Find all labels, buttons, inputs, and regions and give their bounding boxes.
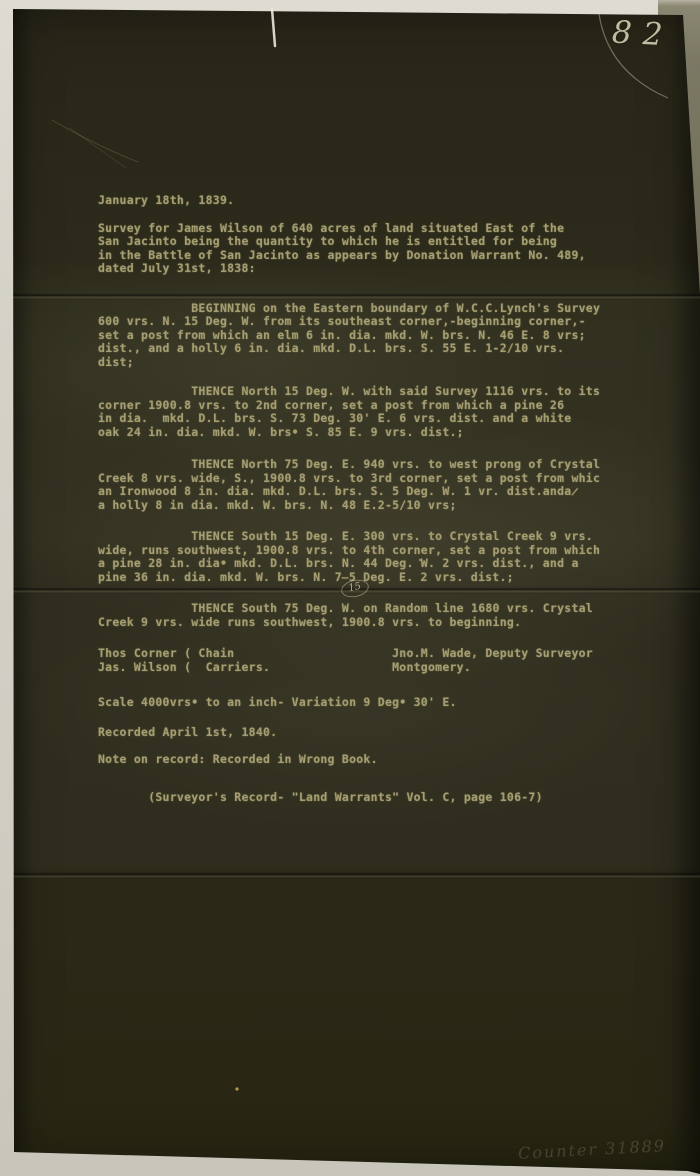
fold-crease (0, 872, 700, 879)
paragraph-thence-south-15: THENCE South 15 Deg. E. 300 vrs. to Crys… (98, 530, 688, 584)
photograph-of-survey-document: January 18th, 1839.Survey for James Wils… (0, 0, 700, 1176)
text-line: Jas. Wilson ( Carriers. Montgomery. (98, 661, 688, 675)
text-line: 600 vrs. N. 15 Deg. W. from its southeas… (98, 315, 688, 329)
text-line: dist; (98, 356, 688, 370)
paragraph-date-line: January 18th, 1839. (98, 194, 688, 208)
paragraph-thence-north-15: THENCE North 15 Deg. W. with said Survey… (98, 385, 688, 439)
text-line: Creek 9 vrs. wide runs southwest, 1900.8… (98, 616, 688, 630)
text-line: THENCE North 15 Deg. W. with said Survey… (98, 385, 688, 399)
text-line: oak 24 in. dia. mkd. W. brs• S. 85 E. 9 … (98, 426, 688, 440)
paragraph-thence-north-75: THENCE North 75 Deg. E. 940 vrs. to west… (98, 458, 688, 512)
paragraph-scale-line: Scale 4000vrs• to an inch- Variation 9 D… (98, 696, 688, 710)
text-line: Survey for James Wilson of 640 acres of … (98, 222, 688, 236)
text-line: Thos Corner ( Chain Jno.M. Wade, Deputy … (98, 647, 688, 661)
text-line: corner 1900.8 vrs. to 2nd corner, set a … (98, 399, 688, 413)
text-line: pine 36 in. dia. mkd. W. brs. N. 7̶5 Deg… (98, 571, 688, 585)
text-line: in dia. mkd. D.L. brs. S. 73 Deg. 30' E.… (98, 412, 688, 426)
text-line: (Surveyor's Record- "Land Warrants" Vol.… (98, 791, 688, 805)
text-line: dated July 31st, 1838: (98, 262, 688, 276)
paragraph-thence-south-75: THENCE South 75 Deg. W. on Random line 1… (98, 602, 688, 629)
text-line: Creek 8 vrs. wide, S., 1900.8 vrs. to 3r… (98, 472, 688, 486)
paragraph-note-line: Note on record: Recorded in Wrong Book. (98, 753, 688, 767)
text-line: wide, runs southwest, 1900.8 vrs. to 4th… (98, 544, 688, 558)
text-line: a pine 28 in. dia• mkd. D.L. brs. N. 44 … (98, 557, 688, 571)
typed-text-body: January 18th, 1839.Survey for James Wils… (98, 194, 688, 804)
text-line: a holly 8 in dia. mkd. W. brs. N. 48 E.2… (98, 499, 688, 513)
paragraph-beginning-call: BEGINNING on the Eastern boundary of W.C… (98, 302, 688, 370)
text-line: an Ironwood 8 in. dia. mkd. D.L. brs. S.… (98, 485, 688, 499)
text-line: Note on record: Recorded in Wrong Book. (98, 753, 688, 767)
text-line: THENCE South 15 Deg. E. 300 vrs. to Crys… (98, 530, 688, 544)
text-line: January 18th, 1839. (98, 194, 688, 208)
text-line: THENCE South 75 Deg. W. on Random line 1… (98, 602, 688, 616)
handwritten-page-number: 82 (611, 14, 674, 53)
text-line: THENCE North 75 Deg. E. 940 vrs. to west… (98, 458, 688, 472)
paragraph-record-reference: (Surveyor's Record- "Land Warrants" Vol.… (98, 791, 688, 805)
text-line: set a post from which an elm 6 in. dia. … (98, 329, 688, 343)
text-line: Scale 4000vrs• to an inch- Variation 9 D… (98, 696, 688, 710)
text-line: San Jacinto being the quantity to which … (98, 235, 688, 249)
text-line: Recorded April 1st, 1840. (98, 726, 688, 740)
text-line: in the Battle of San Jacinto as appears … (98, 249, 688, 263)
paragraph-recorded-line: Recorded April 1st, 1840. (98, 726, 688, 740)
paragraph-signatures: Thos Corner ( Chain Jno.M. Wade, Deputy … (98, 647, 688, 674)
text-line: BEGINNING on the Eastern boundary of W.C… (98, 302, 688, 316)
paragraph-intro: Survey for James Wilson of 640 acres of … (98, 222, 688, 276)
text-line: dist., and a holly 6 in. dia. mkd. D.L. … (98, 342, 688, 356)
